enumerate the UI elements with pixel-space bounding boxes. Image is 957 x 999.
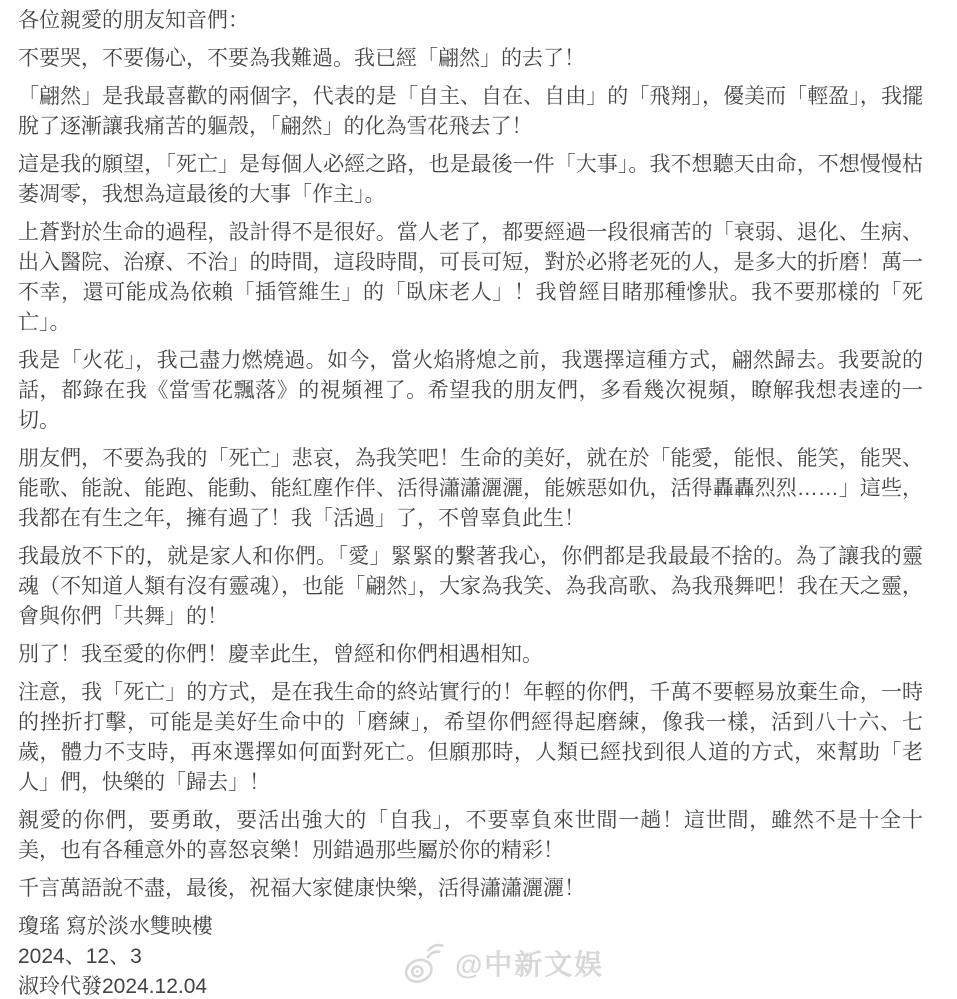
letter-paragraph: 上蒼對於生命的過程，設計得不是很好。當人老了，都要經過一段很痛苦的「衰弱、退化、… [18,218,923,338]
letter-paragraphs: 不要哭，不要傷心，不要為我難過。我已經「翩然」的去了！「翩然」是我最喜歡的兩個字… [18,44,923,904]
letter-paragraph: 注意，我「死亡」的方式，是在我生命的終站實行的！年輕的你們，千萬不要輕易放棄生命… [18,678,923,798]
letter-paragraph: 不要哭，不要傷心，不要為我難過。我已經「翩然」的去了！ [18,44,923,74]
letter-paragraph: 朋友們，不要為我的「死亡」悲哀，為我笑吧！生命的美好，就在於「能愛，能恨、能笑，… [18,444,923,534]
signature-line: 2024、12、3 [18,942,923,972]
letter-paragraph: 我是「火花」，我己盡力燃燒過。如今，當火焰將熄之前，我選擇這種方式，翩然歸去。我… [18,346,923,436]
signature-line: 淑玲代發2024.12.04 [18,972,923,999]
letter-body: 各位親愛的朋友知音們： 不要哭，不要傷心，不要為我難過。我已經「翩然」的去了！「… [0,0,957,999]
letter-paragraph: 「翩然」是我最喜歡的兩個字，代表的是「自主、自在、自由」的「飛翔」，優美而「輕盈… [18,82,923,142]
signature-line: 瓊瑤 寫於淡水雙映樓 [18,912,923,942]
letter-paragraph: 這是我的願望，「死亡」是每個人必經之路，也是最後一件「大事」。我不想聽天由命，不… [18,150,923,210]
signature-block: 瓊瑤 寫於淡水雙映樓2024、12、3淑玲代發2024.12.04 [18,912,923,999]
salutation: 各位親愛的朋友知音們： [18,6,923,36]
letter-paragraph: 我最放不下的，就是家人和你們。「愛」緊緊的繫著我心，你們都是我最最不捨的。為了讓… [18,542,923,632]
letter-paragraph: 千言萬語說不盡，最後，祝福大家健康快樂，活得瀟瀟灑灑！ [18,874,923,904]
letter-paragraph: 別了！我至愛的你們！慶幸此生，曾經和你們相遇相知。 [18,640,923,670]
letter-paragraph: 親愛的你們，要勇敢，要活出強大的「自我」，不要辜負來世間一趟！這世間，雖然不是十… [18,806,923,866]
letter-page: 各位親愛的朋友知音們： 不要哭，不要傷心，不要為我難過。我已經「翩然」的去了！「… [0,0,957,999]
